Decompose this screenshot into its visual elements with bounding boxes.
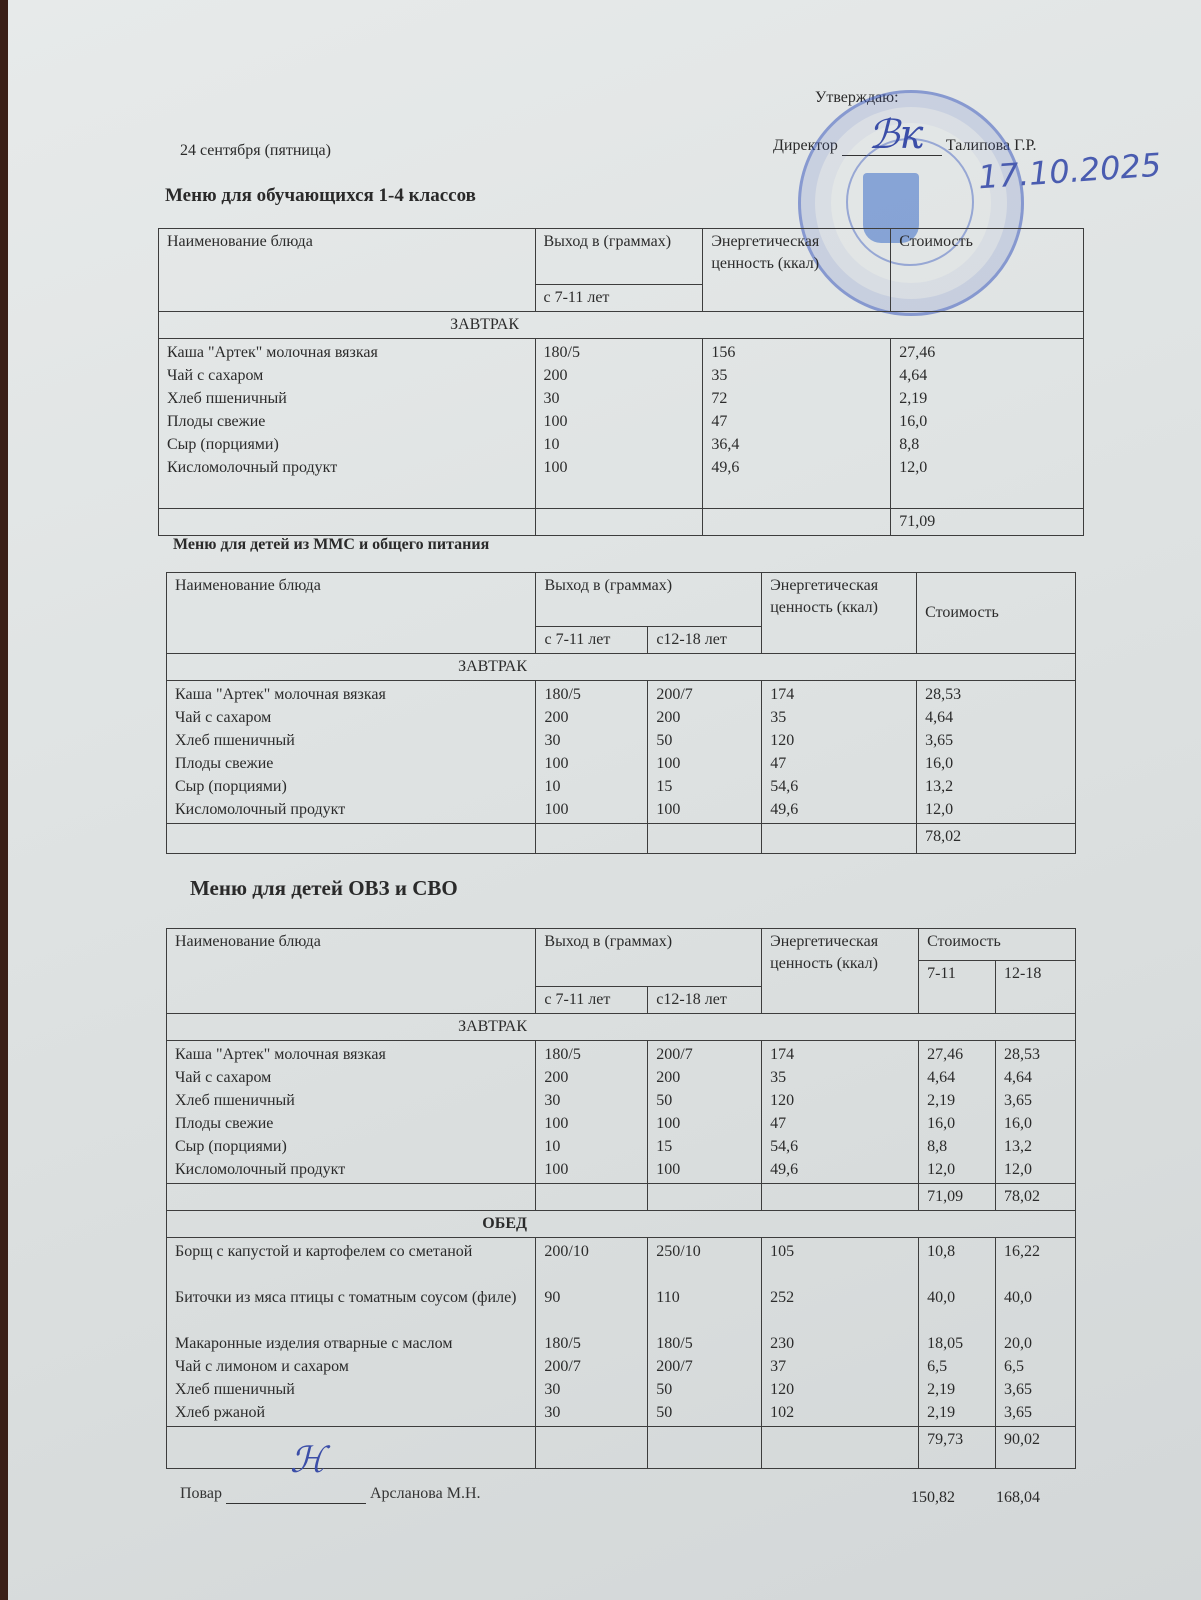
cell-energy: 54,6 xyxy=(770,775,908,798)
cell-energy: 120 xyxy=(770,1378,910,1401)
approve-label: Утверждаю: xyxy=(815,88,899,108)
lunch-costs-7-11: 10,840,018,056,52,192,19 xyxy=(919,1238,996,1427)
dish-yields: 180/52003010010100 xyxy=(535,339,703,509)
cell-c2: 16,22 xyxy=(1004,1240,1067,1286)
header-yield: Выход в (граммах) xyxy=(535,229,703,285)
cell-energy: 156 xyxy=(711,341,882,364)
dish-yields-7-11: 180/52003010010100 xyxy=(536,681,648,824)
cell-name: Кисломолочный продукт xyxy=(175,798,527,821)
cell-energy: 36,4 xyxy=(711,433,882,456)
cell-y2: 200/7 xyxy=(656,1043,753,1066)
cell-energy: 120 xyxy=(770,1089,910,1112)
cell-name: Хлеб пшеничный xyxy=(167,387,527,410)
cell-c2: 3,65 xyxy=(1004,1378,1067,1401)
header-yield: Выход в (граммах) xyxy=(536,929,762,987)
cell-name: Чай с лимоном и сахаром xyxy=(175,1355,527,1378)
table3-title: Меню для детей ОВЗ и СВО xyxy=(190,876,458,901)
cell-name: Хлеб ржаной xyxy=(175,1401,527,1424)
table2: Наименование блюда Выход в (граммах) Эне… xyxy=(166,572,1076,854)
lunch-dish-names: Борщ с капустой и картофелем со сметаной… xyxy=(167,1238,536,1427)
lunch-total-7-11: 79,73 xyxy=(919,1427,996,1469)
cell-y1: 200 xyxy=(544,706,639,729)
cell-c1: 18,05 xyxy=(927,1332,987,1355)
cell-y2: 50 xyxy=(656,1378,753,1401)
section-lunch: ОБЕД xyxy=(167,1211,1076,1238)
director-name: Талипова Г.Р. xyxy=(946,137,1037,154)
cell-cost: 8,8 xyxy=(899,433,1075,456)
cook-name: Арсланова М.Н. xyxy=(370,1485,481,1502)
cell-energy: 252 xyxy=(770,1286,910,1332)
header-cost: Стоимость xyxy=(919,929,1076,961)
cell-c2: 13,2 xyxy=(1004,1135,1067,1158)
cell-yield: 10 xyxy=(544,433,695,456)
cell-c2: 40,0 xyxy=(1004,1286,1067,1332)
cell-energy: 120 xyxy=(770,729,908,752)
cell-c1: 8,8 xyxy=(927,1135,987,1158)
header-age-12-18: с12-18 лет xyxy=(648,627,762,654)
cell-energy: 230 xyxy=(770,1332,910,1355)
cell-name: Плоды свежие xyxy=(167,410,527,433)
cook-signature-line xyxy=(226,1487,366,1504)
cell-name: Сыр (порциями) xyxy=(175,775,527,798)
cell-y2: 15 xyxy=(656,1135,753,1158)
cell-yield: 30 xyxy=(544,387,695,410)
cell-energy: 49,6 xyxy=(711,456,882,479)
header-cost-12-18: 12-18 xyxy=(996,961,1076,1014)
cell-c1: 40,0 xyxy=(927,1286,987,1332)
date-line: 24 сентября (пятница) xyxy=(180,141,331,161)
cell-energy: 49,6 xyxy=(770,798,908,821)
dish-names: Каша "Артек" молочная вязкаяЧай с сахаро… xyxy=(159,339,536,509)
lunch-total-12-18: 90,02 xyxy=(996,1427,1076,1469)
cell-y1: 30 xyxy=(544,729,639,752)
breakfast-energy: 174351204754,649,6 xyxy=(762,1041,919,1184)
header-name: Наименование блюда xyxy=(167,573,536,654)
cell-c2: 6,5 xyxy=(1004,1355,1067,1378)
cell-energy: 174 xyxy=(770,1043,910,1066)
cell-c1: 2,19 xyxy=(927,1378,987,1401)
cell-cost: 3,65 xyxy=(925,729,1067,752)
director-signature-icon: ℬк xyxy=(868,112,923,158)
dish-energy: 15635724736,449,6 xyxy=(703,339,891,509)
cell-name: Хлеб пшеничный xyxy=(175,729,527,752)
table1-title: Меню для обучающихся 1-4 классов xyxy=(165,185,476,207)
breakfast-total-12-18: 78,02 xyxy=(996,1184,1076,1211)
table3: Наименование блюда Выход в (граммах) Эне… xyxy=(166,928,1076,1469)
grand-total-7-11: 150,82 xyxy=(911,1488,955,1508)
cell-y1: 200/7 xyxy=(544,1355,639,1378)
breakfast-costs-7-11: 27,464,642,1916,08,812,0 xyxy=(919,1041,996,1184)
lunch-yields-7-11: 200/1090180/5200/73030 xyxy=(536,1238,648,1427)
header-energy: Энергетическая ценность (ккал) xyxy=(703,229,891,312)
cell-name: Кисломолочный продукт xyxy=(167,456,527,479)
cell-c2: 20,0 xyxy=(1004,1332,1067,1355)
cell-y1: 90 xyxy=(544,1286,639,1332)
cell-c1: 16,0 xyxy=(927,1112,987,1135)
cell-y2: 50 xyxy=(656,729,753,752)
cell-energy: 102 xyxy=(770,1401,910,1424)
cell-name: Плоды свежие xyxy=(175,752,527,775)
cell-energy: 47 xyxy=(711,410,882,433)
cell-y2: 200 xyxy=(656,1066,753,1089)
cell-cost: 4,64 xyxy=(899,364,1075,387)
cell-energy: 49,6 xyxy=(770,1158,910,1181)
cell-energy: 105 xyxy=(770,1240,910,1286)
cell-c2: 4,64 xyxy=(1004,1066,1067,1089)
header-age-7-11: с 7-11 лет xyxy=(536,987,648,1014)
cell-name: Кисломолочный продукт xyxy=(175,1158,527,1181)
cell-y2: 110 xyxy=(656,1286,753,1332)
cell-c1: 2,19 xyxy=(927,1089,987,1112)
cell-energy: 35 xyxy=(770,706,908,729)
cell-yield: 200 xyxy=(544,364,695,387)
cell-c2: 16,0 xyxy=(1004,1112,1067,1135)
cell-name: Плоды свежие xyxy=(175,1112,527,1135)
cell-energy: 35 xyxy=(711,364,882,387)
director-label: Директор xyxy=(773,137,838,154)
cell-name: Чай с сахаром xyxy=(167,364,527,387)
section-breakfast: ЗАВТРАК xyxy=(167,654,1076,681)
cell-energy: 37 xyxy=(770,1355,910,1378)
cell-c1: 4,64 xyxy=(927,1066,987,1089)
cell-yield: 100 xyxy=(544,410,695,433)
cell-y2: 200/7 xyxy=(656,1355,753,1378)
cell-c1: 12,0 xyxy=(927,1158,987,1181)
cell-cost: 28,53 xyxy=(925,683,1067,706)
cell-cost: 2,19 xyxy=(899,387,1075,410)
cell-yield: 100 xyxy=(544,456,695,479)
cell-c2: 28,53 xyxy=(1004,1043,1067,1066)
header-name: Наименование блюда xyxy=(159,229,536,312)
cell-y1: 180/5 xyxy=(544,1043,639,1066)
header-energy: Энергетическая ценность (ккал) xyxy=(762,573,917,654)
cell-y2: 50 xyxy=(656,1089,753,1112)
cell-name: Хлеб пшеничный xyxy=(175,1089,527,1112)
cell-name: Хлеб пшеничный xyxy=(175,1378,527,1401)
cell-name: Чай с сахаром xyxy=(175,1066,527,1089)
table1: Наименование блюда Выход в (граммах) Эне… xyxy=(158,228,1084,536)
grand-total-12-18: 168,04 xyxy=(996,1488,1040,1508)
breakfast-yields-7-11: 180/52003010010100 xyxy=(536,1041,648,1184)
breakfast-total-7-11: 71,09 xyxy=(919,1184,996,1211)
cell-c1: 2,19 xyxy=(927,1401,987,1424)
cell-y1: 200 xyxy=(544,1066,639,1089)
cell-energy: 174 xyxy=(770,683,908,706)
cell-y1: 30 xyxy=(544,1378,639,1401)
lunch-costs-12-18: 16,2240,020,06,53,653,65 xyxy=(996,1238,1076,1427)
cell-c2: 3,65 xyxy=(1004,1089,1067,1112)
cook-signature-icon: ℋ xyxy=(290,1440,326,1481)
cell-name: Чай с сахаром xyxy=(175,706,527,729)
cell-y2: 250/10 xyxy=(656,1240,753,1286)
cell-y1: 100 xyxy=(544,1158,639,1181)
section-breakfast: ЗАВТРАК xyxy=(159,312,1084,339)
cell-c1: 27,46 xyxy=(927,1043,987,1066)
cell-name: Сыр (порциями) xyxy=(175,1135,527,1158)
header-age-7-11: с 7-11 лет xyxy=(535,285,703,312)
header-age-12-18: с12-18 лет xyxy=(648,987,762,1014)
cell-y1: 10 xyxy=(544,775,639,798)
breakfast-costs-12-18: 28,534,643,6516,013,212,0 xyxy=(996,1041,1076,1184)
cell-y2: 100 xyxy=(656,798,753,821)
header-name: Наименование блюда xyxy=(167,929,536,1014)
cell-energy: 47 xyxy=(770,752,908,775)
cell-cost: 27,46 xyxy=(899,341,1075,364)
header-cost: Стоимость xyxy=(891,229,1084,312)
table2-title: Меню для детей из ММС и общего питания xyxy=(173,536,489,554)
cell-cost: 16,0 xyxy=(925,752,1067,775)
cell-c1: 10,8 xyxy=(927,1240,987,1286)
cell-y2: 100 xyxy=(656,1158,753,1181)
cell-y1: 30 xyxy=(544,1089,639,1112)
breakfast-dish-names: Каша "Артек" молочная вязкаяЧай с сахаро… xyxy=(167,1041,536,1184)
cell-name: Каша "Артек" молочная вязкая xyxy=(175,683,527,706)
cell-y1: 100 xyxy=(544,1112,639,1135)
cell-c2: 3,65 xyxy=(1004,1401,1067,1424)
cell-energy: 72 xyxy=(711,387,882,410)
cell-y2: 200/7 xyxy=(656,683,753,706)
breakfast-yields-12-18: 200/72005010015100 xyxy=(648,1041,762,1184)
cook-label: Повар xyxy=(180,1485,222,1502)
total-cost: 78,02 xyxy=(917,824,1076,854)
header-age-7-11: с 7-11 лет xyxy=(536,627,648,654)
cell-y1: 180/5 xyxy=(544,1332,639,1355)
section-breakfast: ЗАВТРАК xyxy=(167,1014,1076,1041)
cell-cost: 12,0 xyxy=(899,456,1075,479)
cook-line: Повар Арсланова М.Н. xyxy=(180,1484,481,1504)
cell-energy: 35 xyxy=(770,1066,910,1089)
cell-y2: 200 xyxy=(656,706,753,729)
cell-y2: 100 xyxy=(656,752,753,775)
document-page: Утверждаю: 24 сентября (пятница) Директо… xyxy=(8,0,1201,1600)
lunch-energy: 10525223037120102 xyxy=(762,1238,919,1427)
cell-y1: 100 xyxy=(544,798,639,821)
cell-y1: 200/10 xyxy=(544,1240,639,1286)
cell-energy: 54,6 xyxy=(770,1135,910,1158)
cell-y2: 100 xyxy=(656,1112,753,1135)
cell-name: Макаронные изделия отварные с маслом xyxy=(175,1332,527,1355)
cell-y1: 30 xyxy=(544,1401,639,1424)
header-energy: Энергетическая ценность (ккал) xyxy=(762,929,919,1014)
header-cost-7-11: 7-11 xyxy=(919,961,996,1014)
dish-costs: 27,464,642,1916,08,812,0 xyxy=(891,339,1084,509)
cell-cost: 4,64 xyxy=(925,706,1067,729)
cell-name: Каша "Артек" молочная вязкая xyxy=(167,341,527,364)
cell-y1: 10 xyxy=(544,1135,639,1158)
lunch-yields-12-18: 250/10110180/5200/75050 xyxy=(648,1238,762,1427)
header-yield: Выход в (граммах) xyxy=(536,573,762,627)
cell-y1: 180/5 xyxy=(544,683,639,706)
cell-y1: 100 xyxy=(544,752,639,775)
cell-cost: 12,0 xyxy=(925,798,1067,821)
cell-cost: 16,0 xyxy=(899,410,1075,433)
dish-energy: 174351204754,649,6 xyxy=(762,681,917,824)
cell-y2: 180/5 xyxy=(656,1332,753,1355)
cell-y2: 15 xyxy=(656,775,753,798)
cell-cost: 13,2 xyxy=(925,775,1067,798)
cell-energy: 47 xyxy=(770,1112,910,1135)
cell-name: Биточки из мяса птицы с томатным соусом … xyxy=(175,1286,527,1332)
cell-name: Сыр (порциями) xyxy=(167,433,527,456)
cell-c2: 12,0 xyxy=(1004,1158,1067,1181)
cell-name: Каша "Артек" молочная вязкая xyxy=(175,1043,527,1066)
cell-c1: 6,5 xyxy=(927,1355,987,1378)
dish-yields-12-18: 200/72005010015100 xyxy=(648,681,762,824)
dish-names: Каша "Артек" молочная вязкаяЧай с сахаро… xyxy=(167,681,536,824)
header-cost: Стоимость xyxy=(917,573,1076,654)
cell-name: Борщ с капустой и картофелем со сметаной xyxy=(175,1240,527,1286)
cell-yield: 180/5 xyxy=(544,341,695,364)
cell-y2: 50 xyxy=(656,1401,753,1424)
dish-costs: 28,534,643,6516,013,212,0 xyxy=(917,681,1076,824)
total-cost: 71,09 xyxy=(891,509,1084,536)
